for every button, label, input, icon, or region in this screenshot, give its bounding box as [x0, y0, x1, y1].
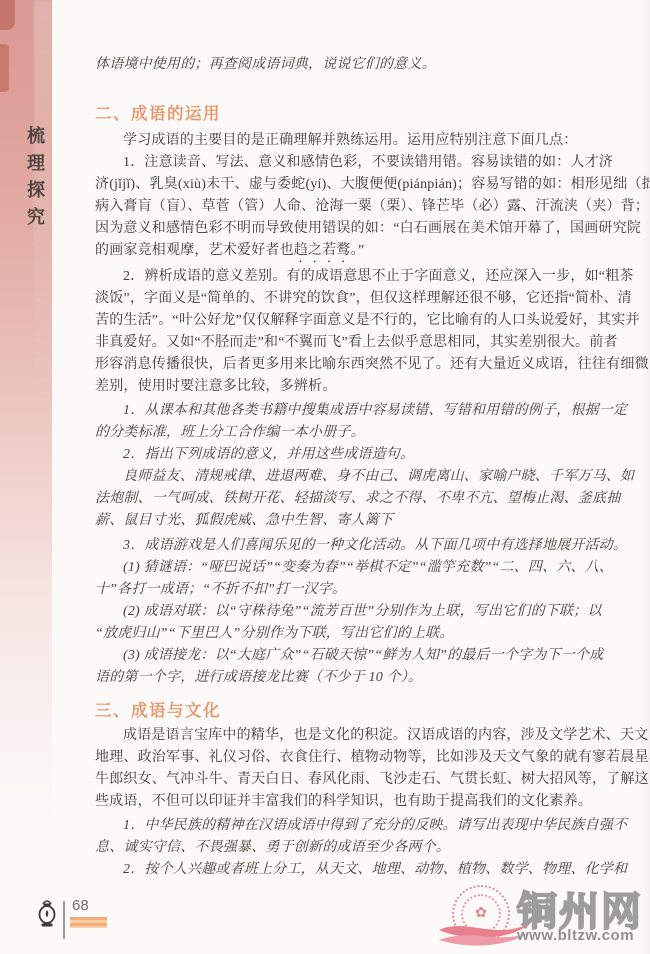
text-line: 地理、政治军事、礼仪习俗、衣食住行、植物动物等，比如涉及天文气象的就有寥若晨星、 [95, 747, 637, 769]
text-line: 学习成语的主要目的是正确理解并熟练运用。运用应特别注意下面几点： [95, 130, 637, 152]
page-edge-patch [0, 44, 9, 92]
section-heading: 三、成语与文化 [95, 699, 637, 723]
text-line: 语的第一个字，进行成语接龙比赛（不少于 10 个）。 [95, 667, 637, 689]
emphasized-idiom: 趋之若鹜 [294, 243, 351, 258]
text-line: 济(jǐjǐ)、乳臭(xiù)未干、虚与委蛇(yí)、大腹便便(piánpián… [95, 174, 637, 196]
text-line: 的分类标准，班上分工合作编一本小册子。 [95, 422, 637, 444]
text-line: 薪、鼠目寸光、狐假虎威、急中生智、寄人篱下 [95, 510, 637, 532]
text-line: 的画家竞相观摩，艺术爱好者也趋之若鹜。” [95, 240, 637, 266]
text-line: 十”各打一成语；“不折不扣”打一汉字。 [95, 579, 637, 601]
text-line: 3．成语游戏是人们喜闻乐见的一种文化活动。从下面几项中有选择地展开活动。 [95, 535, 637, 557]
text-line: 非真爱好。又如“不胫而走”和“不翼而飞”看上去似乎意思相同，其实差别很大。前者 [95, 332, 637, 354]
text-line: 法炮制、一气呵成、铁树开花、轻描淡写、求之不得、不卑不亢、望梅止渴、釜底抽 [95, 488, 637, 510]
footer-orange-bar [70, 917, 107, 928]
text-line: 苦的生活”。“叶公好龙”仅仅解释字面意义是不行的，它比喻有的人口头说爱好，其实并 [95, 310, 637, 332]
text-line: “放虎归山”“下里巴人”分别作为下联，写出它们的上联。 [95, 623, 637, 645]
text-line: 成语是语言宝库中的精华，也是文化的积淀。汉语成语的内容，涉及文学艺术、天文 [95, 725, 637, 747]
section-heading: 二、成语的运用 [95, 102, 637, 126]
text-line: 2．按个人兴趣或者班上分工，从天文、地理、动物、植物、数学、物理、化学和 [95, 859, 637, 881]
text-line: 病入膏肓（盲）、草菅（管）人命、沧海一粟（栗）、锋芒毕（必）露、汗流浃（夹）背； [95, 196, 637, 218]
watermark-site-url: www.bltzw.com [517, 927, 634, 944]
text-line: (3) 成语接龙：以“大庭广众”“石破天惊”“鲜为人知”的最后一个字为下一个成 [95, 645, 637, 667]
page-text-column: 体语境中使用的；再查阅成语词典，说说它们的意义。二、成语的运用学习成语的主要目的… [95, 54, 637, 881]
page-edge-shade [642, 0, 650, 954]
text-line: 2．指出下列成语的意义，并用这些成语造句。 [95, 444, 637, 466]
text-line: 些成语，不但可以印证并丰富我们的科学知识，也有助于提高我们的文化素养。 [95, 791, 637, 813]
text-line: 牛郎织女、气冲斗牛、青天白日、春风化雨、飞沙走石、气贯长虹、树大招风等，了解这 [95, 769, 637, 791]
text-line: (2) 成语对联：以“守株待兔”“流芳百世”分别作为上联，写出它们的下联；以 [95, 601, 637, 623]
text-line: 差别，使用时要注意多比较，多辨析。 [95, 376, 637, 398]
sidebar-section-title: 梳理探究 [22, 126, 48, 234]
page-number: 68 [72, 897, 89, 914]
text-line: 体语境中使用的；再查阅成语词典，说说它们的意义。 [95, 54, 637, 76]
text-line: 因为意义和感情色彩不明而导致使用错误的如：“白石画展在美术馆开幕了，国画研究院 [95, 218, 637, 240]
sidebar-band-edge [34, 0, 52, 700]
text-line: 1．从课本和其他各类书籍中搜集成语中容易读错、写错和用错的例子，根据一定 [95, 400, 637, 422]
lantern-icon [36, 897, 58, 934]
text-line: 息、诚实守信、不畏强暴、勇于创新的成语至少各两个。 [95, 837, 637, 859]
text-line: (1) 猜谜语：“哑巴说话”“变奏为春”“举棋不定”“滥竽充数”“二、四、六、八… [95, 557, 637, 579]
text-line: 形容消息传播很快，后者更多用来比喻东西突然不见了。还有大量近义成语，往往有细微 [95, 354, 637, 376]
text-line: 1．中华民族的精神在汉语成语中得到了充分的反映。请写出表现中华民族自强不 [95, 815, 637, 837]
text-line: 2．辨析成语的意义差别。有的成语意思不止于字面意义，还应深入一步，如“粗茶 [95, 266, 637, 288]
footer-divider [63, 901, 65, 939]
page-corner-patch [0, 0, 15, 30]
text-line: 良师益友、清规戒律、进退两难、身不由己、调虎离山、家喻户晓、千军万马、如 [95, 466, 637, 488]
text-line: 1．注意读音、写法、意义和感情色彩，不要读错用错。容易读错的如：人才济 [95, 152, 637, 174]
text-line: 淡饭”，字面义是“简单的、不讲究的饮食”，但仅这样理解还很不够，它还指“简朴、清 [95, 288, 637, 310]
